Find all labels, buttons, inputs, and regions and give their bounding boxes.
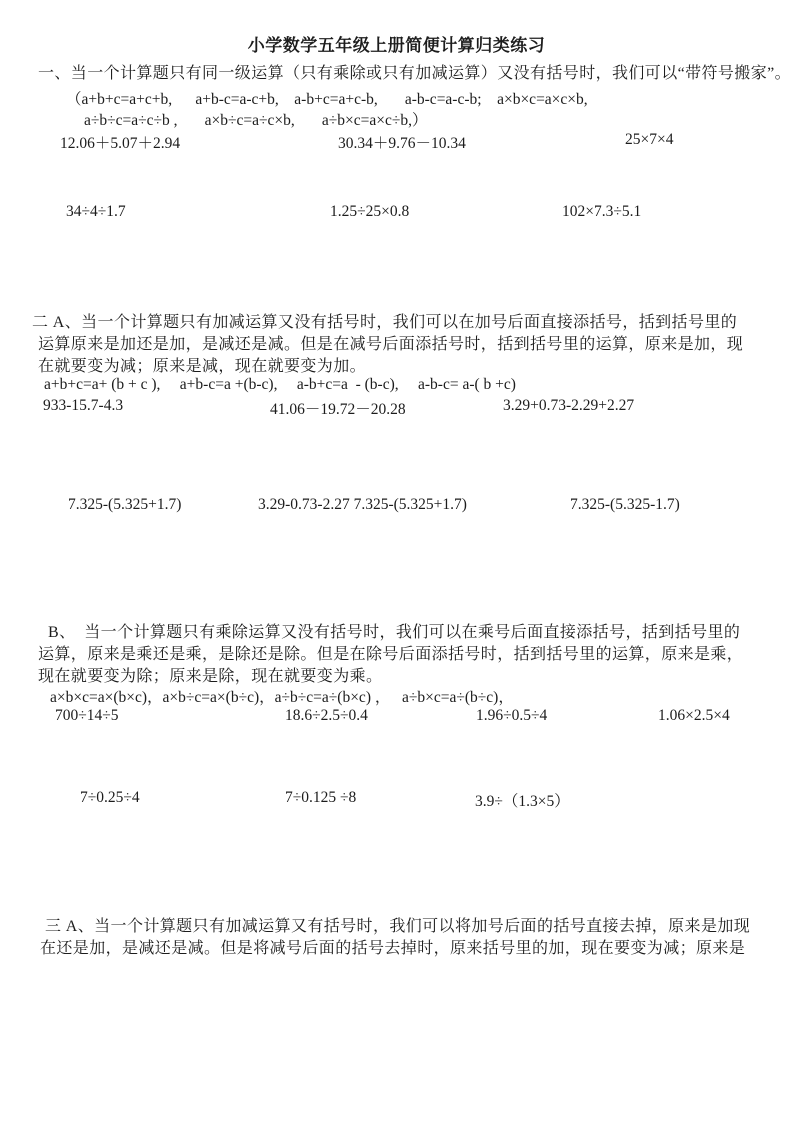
sectionb-intro-line2: 运算，原来是乘还是乘，是除还是除。但是在除号后面添括号时，括到括号里的运算，原来… — [38, 641, 743, 664]
sectionb-formulas: a×b×c=a×(b×c)，a×b÷c=a×(b÷c)，a÷b÷c=a÷(b×c… — [50, 685, 514, 707]
math-problem: 1.96÷0.5÷4 — [476, 707, 547, 725]
math-problem: 41.06－19.72－20.28 — [270, 397, 406, 419]
sectionb-problem-row2: 7÷0.25÷4 7÷0.125 ÷8 3.9÷（1.3×5） — [0, 789, 793, 811]
math-problem: 3.29-0.73-2.27 7.325-(5.325+1.7) — [258, 496, 467, 514]
math-problem: 933-15.7-4.3 — [43, 397, 123, 415]
sectionb-problem-row1: 700÷14÷5 18.6÷2.5÷0.4 1.96÷0.5÷4 1.06×2.… — [0, 707, 793, 729]
section1-formula-line2: a÷b÷c=a÷c÷b , a×b÷c=a÷c×b, a÷b×c=a×c÷b,） — [84, 108, 428, 130]
math-problem: 34÷4÷1.7 — [66, 203, 126, 221]
section2a-problem-row2: 7.325-(5.325+1.7) 3.29-0.73-2.27 7.325-(… — [0, 496, 793, 518]
section2a-formulas: a+b+c=a+ (b + c ), a+b-c=a +(b-c), a-b+c… — [44, 376, 516, 394]
math-problem: 3.9÷（1.3×5） — [475, 789, 570, 811]
math-problem: 18.6÷2.5÷0.4 — [285, 707, 368, 725]
page-title: 小学数学五年级上册简便计算归类练习 — [0, 31, 793, 56]
section1-formula-line1: （a+b+c=a+c+b, a+b-c=a-c+b, a-b+c=a+c-b, … — [66, 87, 588, 109]
math-problem: 25×7×4 — [625, 131, 673, 149]
section3a-intro-line1: 三 A、当一个计算题只有加减运算又有括号时，我们可以将加号后面的括号直接去掉，原… — [45, 913, 750, 936]
math-problem: 1.25÷25×0.8 — [330, 203, 409, 221]
section1-intro: 一、当一个计算题只有同一级运算（只有乘除或只有加减运算）又没有括号时，我们可以“… — [38, 60, 791, 83]
math-problem: 12.06＋5.07＋2.94 — [60, 131, 180, 153]
worksheet-page: 小学数学五年级上册简便计算归类练习 一、当一个计算题只有同一级运算（只有乘除或只… — [0, 0, 793, 1122]
math-problem: 7.325-(5.325-1.7) — [570, 496, 680, 514]
math-problem: 3.29+0.73-2.29+2.27 — [503, 397, 634, 415]
math-problem: 700÷14÷5 — [55, 707, 119, 725]
math-problem: 7÷0.125 ÷8 — [285, 789, 356, 807]
math-problem: 1.06×2.5×4 — [658, 707, 730, 725]
section2a-intro-line2: 运算原来是加还是加，是减还是减。但是在减号后面添括号时，括到括号里的运算，原来是… — [38, 331, 743, 354]
math-problem: 102×7.3÷5.1 — [562, 203, 641, 221]
sectionb-intro-line1: B、 当一个计算题只有乘除运算又没有括号时，我们可以在乘号后面直接添括号，括到括… — [48, 619, 740, 642]
math-problem: 7.325-(5.325+1.7) — [68, 496, 181, 514]
math-problem: 30.34＋9.76－10.34 — [338, 131, 466, 153]
section2a-problem-row1: 933-15.7-4.3 41.06－19.72－20.28 3.29+0.73… — [0, 397, 793, 419]
section2a-intro-line3: 在就要变为减；原来是减，现在就要变为加。 — [38, 353, 366, 376]
section2a-intro-line1: 二 A、当一个计算题只有加减运算又没有括号时，我们可以在加号后面直接添括号，括到… — [32, 309, 737, 332]
section1-problem-row1: 12.06＋5.07＋2.94 30.34＋9.76－10.34 25×7×4 — [0, 131, 793, 153]
sectionb-intro-line3: 现在就要变为除；原来是除，现在就要变为乘。 — [38, 663, 382, 686]
section1-problem-row2: 34÷4÷1.7 1.25÷25×0.8 102×7.3÷5.1 — [0, 203, 793, 225]
section3a-intro-line2: 在还是加，是减还是减。但是将减号后面的括号去掉时，原来括号里的加，现在要变为减；… — [40, 935, 745, 958]
math-problem: 7÷0.25÷4 — [80, 789, 140, 807]
